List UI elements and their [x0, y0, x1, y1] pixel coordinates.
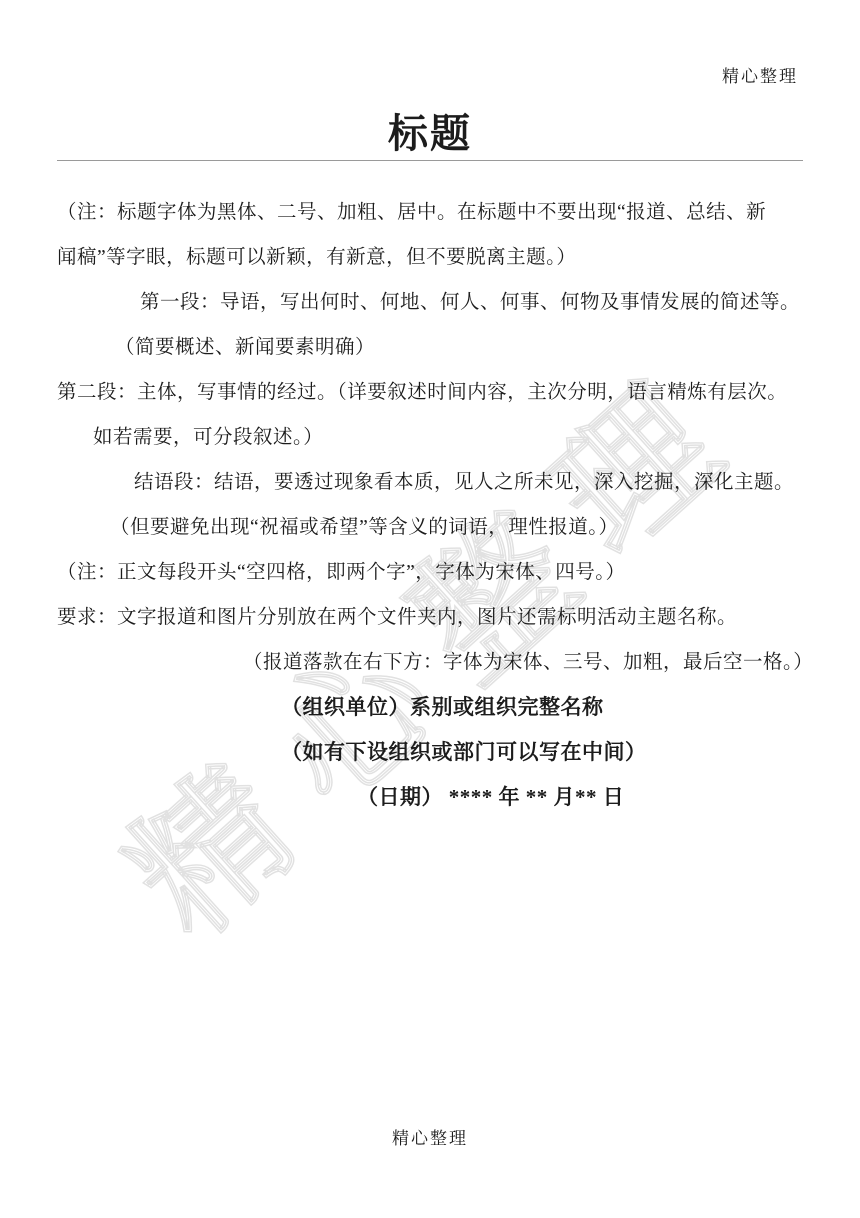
body-line: 第二段：主体，写事情的经过。（详要叙述时间内容，主次分明，语言精炼有层次。: [57, 376, 805, 421]
document-body: （注：标题字体为黑体、二号、加粗、居中。在标题中不要出现“报道、总结、新 闻稿”…: [57, 196, 805, 826]
signature-line-department: （如有下设组织或部门可以写在中间）: [57, 736, 805, 781]
header-note: 精心整理: [722, 62, 798, 87]
body-line: 结语段：结语，要透过现象看本质，见人之所未见，深入挖掘，深化主题。: [57, 466, 805, 511]
footer-note: 精心整理: [0, 1124, 860, 1149]
body-line: （简要概述、新闻要素明确）: [57, 331, 805, 376]
body-line: 要求：文字报道和图片分别放在两个文件夹内，图片还需标明活动主题名称。: [57, 601, 805, 646]
body-line: 闻稿”等字眼，标题可以新颖，有新意，但不要脱离主题。）: [57, 241, 805, 286]
signature-note-line: （报道落款在右下方：字体为宋体、三号、加粗，最后空一格。）: [57, 646, 805, 691]
title-underline: [57, 160, 803, 161]
body-line: 如若需要，可分段叙述。）: [57, 421, 805, 466]
signature-line-date: （日期） **** 年 ** 月** 日: [57, 781, 805, 826]
document-title: 标题: [0, 102, 860, 159]
document-page: 精心整理 精心整理 标题 （注：标题字体为黑体、二号、加粗、居中。在标题中不要出…: [0, 0, 860, 1218]
body-line: （但要避免出现“祝福或希望”等含义的词语，理性报道。）: [57, 511, 805, 556]
body-line: 第一段：导语，写出何时、何地、何人、何事、何物及事情发展的简述等。: [57, 286, 805, 331]
signature-line-organization: （组织单位）系别或组织完整名称: [57, 691, 805, 736]
body-line: （注：正文每段开头“空四格，即两个字”，字体为宋体、四号。）: [57, 556, 805, 601]
body-line: （注：标题字体为黑体、二号、加粗、居中。在标题中不要出现“报道、总结、新: [57, 196, 805, 241]
